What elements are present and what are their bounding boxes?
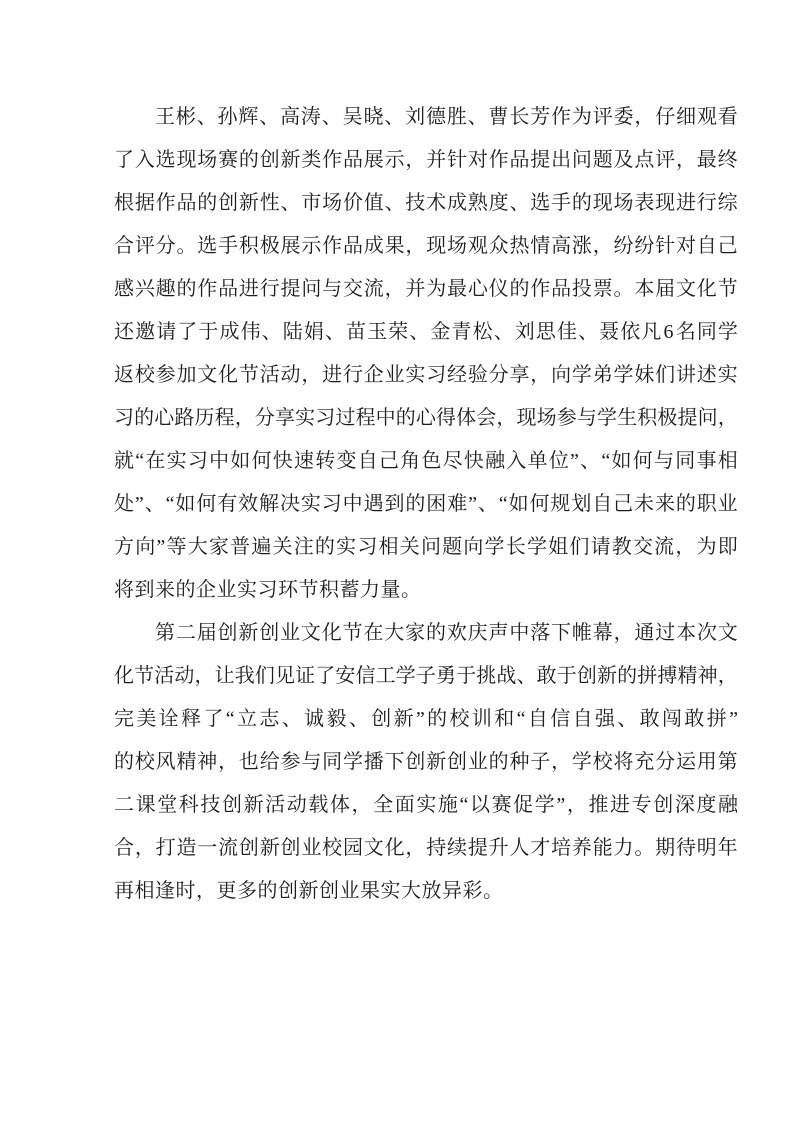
paragraph-2: 第二届创新创业文化节在大家的欢庆声中落下帷幕，通过本次文 化节活动，让我们见证了… (114, 612, 738, 913)
text-line: 处”、“如何有效解决实习中遇到的困难”、“如何规划自己未来的职业 (114, 483, 738, 526)
text-line: 根据作品的创新性、市场价值、技术成熟度、选手的现场表现进行综 (114, 182, 738, 225)
text-line: 就“在实习中如何快速转变自己角色尽快融入单位”、“如何与同事相 (114, 440, 738, 483)
text-line: 的校风精神，也给参与同学播下创新创业的种子，学校将充分运用第 (114, 741, 738, 784)
text-line: 还邀请了于成伟、陆娟、苗玉荣、金青松、刘思佳、聂依凡 6 名同学 (114, 311, 738, 354)
text-line: 合评分。选手积极展示作品成果，现场观众热情高涨，纷纷针对自己 (114, 225, 738, 268)
document-page: 王彬、孙辉、高涛、吴晓、刘德胜、曹长芳作为评委，仔细观看 了入选现场赛的创新类作… (0, 0, 800, 1131)
text-line: 再相逢时，更多的创新创业果实大放异彩。 (114, 870, 738, 913)
text-line: 方向”等大家普遍关注的实习相关问题向学长学姐们请教交流，为即 (114, 526, 738, 569)
text-line: 感兴趣的作品进行提问与交流，并为最心仪的作品投票。本届文化节 (114, 268, 738, 311)
text-line: 王彬、孙辉、高涛、吴晓、刘德胜、曹长芳作为评委，仔细观看 (114, 96, 738, 139)
text-line: 习的心路历程，分享实习过程中的心得体会，现场参与学生积极提问， (114, 397, 738, 440)
document-text-block: 王彬、孙辉、高涛、吴晓、刘德胜、曹长芳作为评委，仔细观看 了入选现场赛的创新类作… (114, 96, 738, 913)
text-line: 化节活动，让我们见证了安信工学子勇于挑战、敢于创新的拼搏精神， (114, 655, 738, 698)
paragraph-1: 王彬、孙辉、高涛、吴晓、刘德胜、曹长芳作为评委，仔细观看 了入选现场赛的创新类作… (114, 96, 738, 612)
text-line: 返校参加文化节活动，进行企业实习经验分享，向学弟学妹们讲述实 (114, 354, 738, 397)
text-line: 二课堂科技创新活动载体，全面实施“以赛促学”，推进专创深度融 (114, 784, 738, 827)
text-line: 完美诠释了“立志、诚毅、创新”的校训和“自信自强、敢闯敢拼” (114, 698, 738, 741)
text-line: 第二届创新创业文化节在大家的欢庆声中落下帷幕，通过本次文 (114, 612, 738, 655)
text-line: 合，打造一流创新创业校园文化，持续提升人才培养能力。期待明年 (114, 827, 738, 870)
text-line: 将到来的企业实习环节积蓄力量。 (114, 569, 738, 612)
text-line: 了入选现场赛的创新类作品展示，并针对作品提出问题及点评，最终 (114, 139, 738, 182)
